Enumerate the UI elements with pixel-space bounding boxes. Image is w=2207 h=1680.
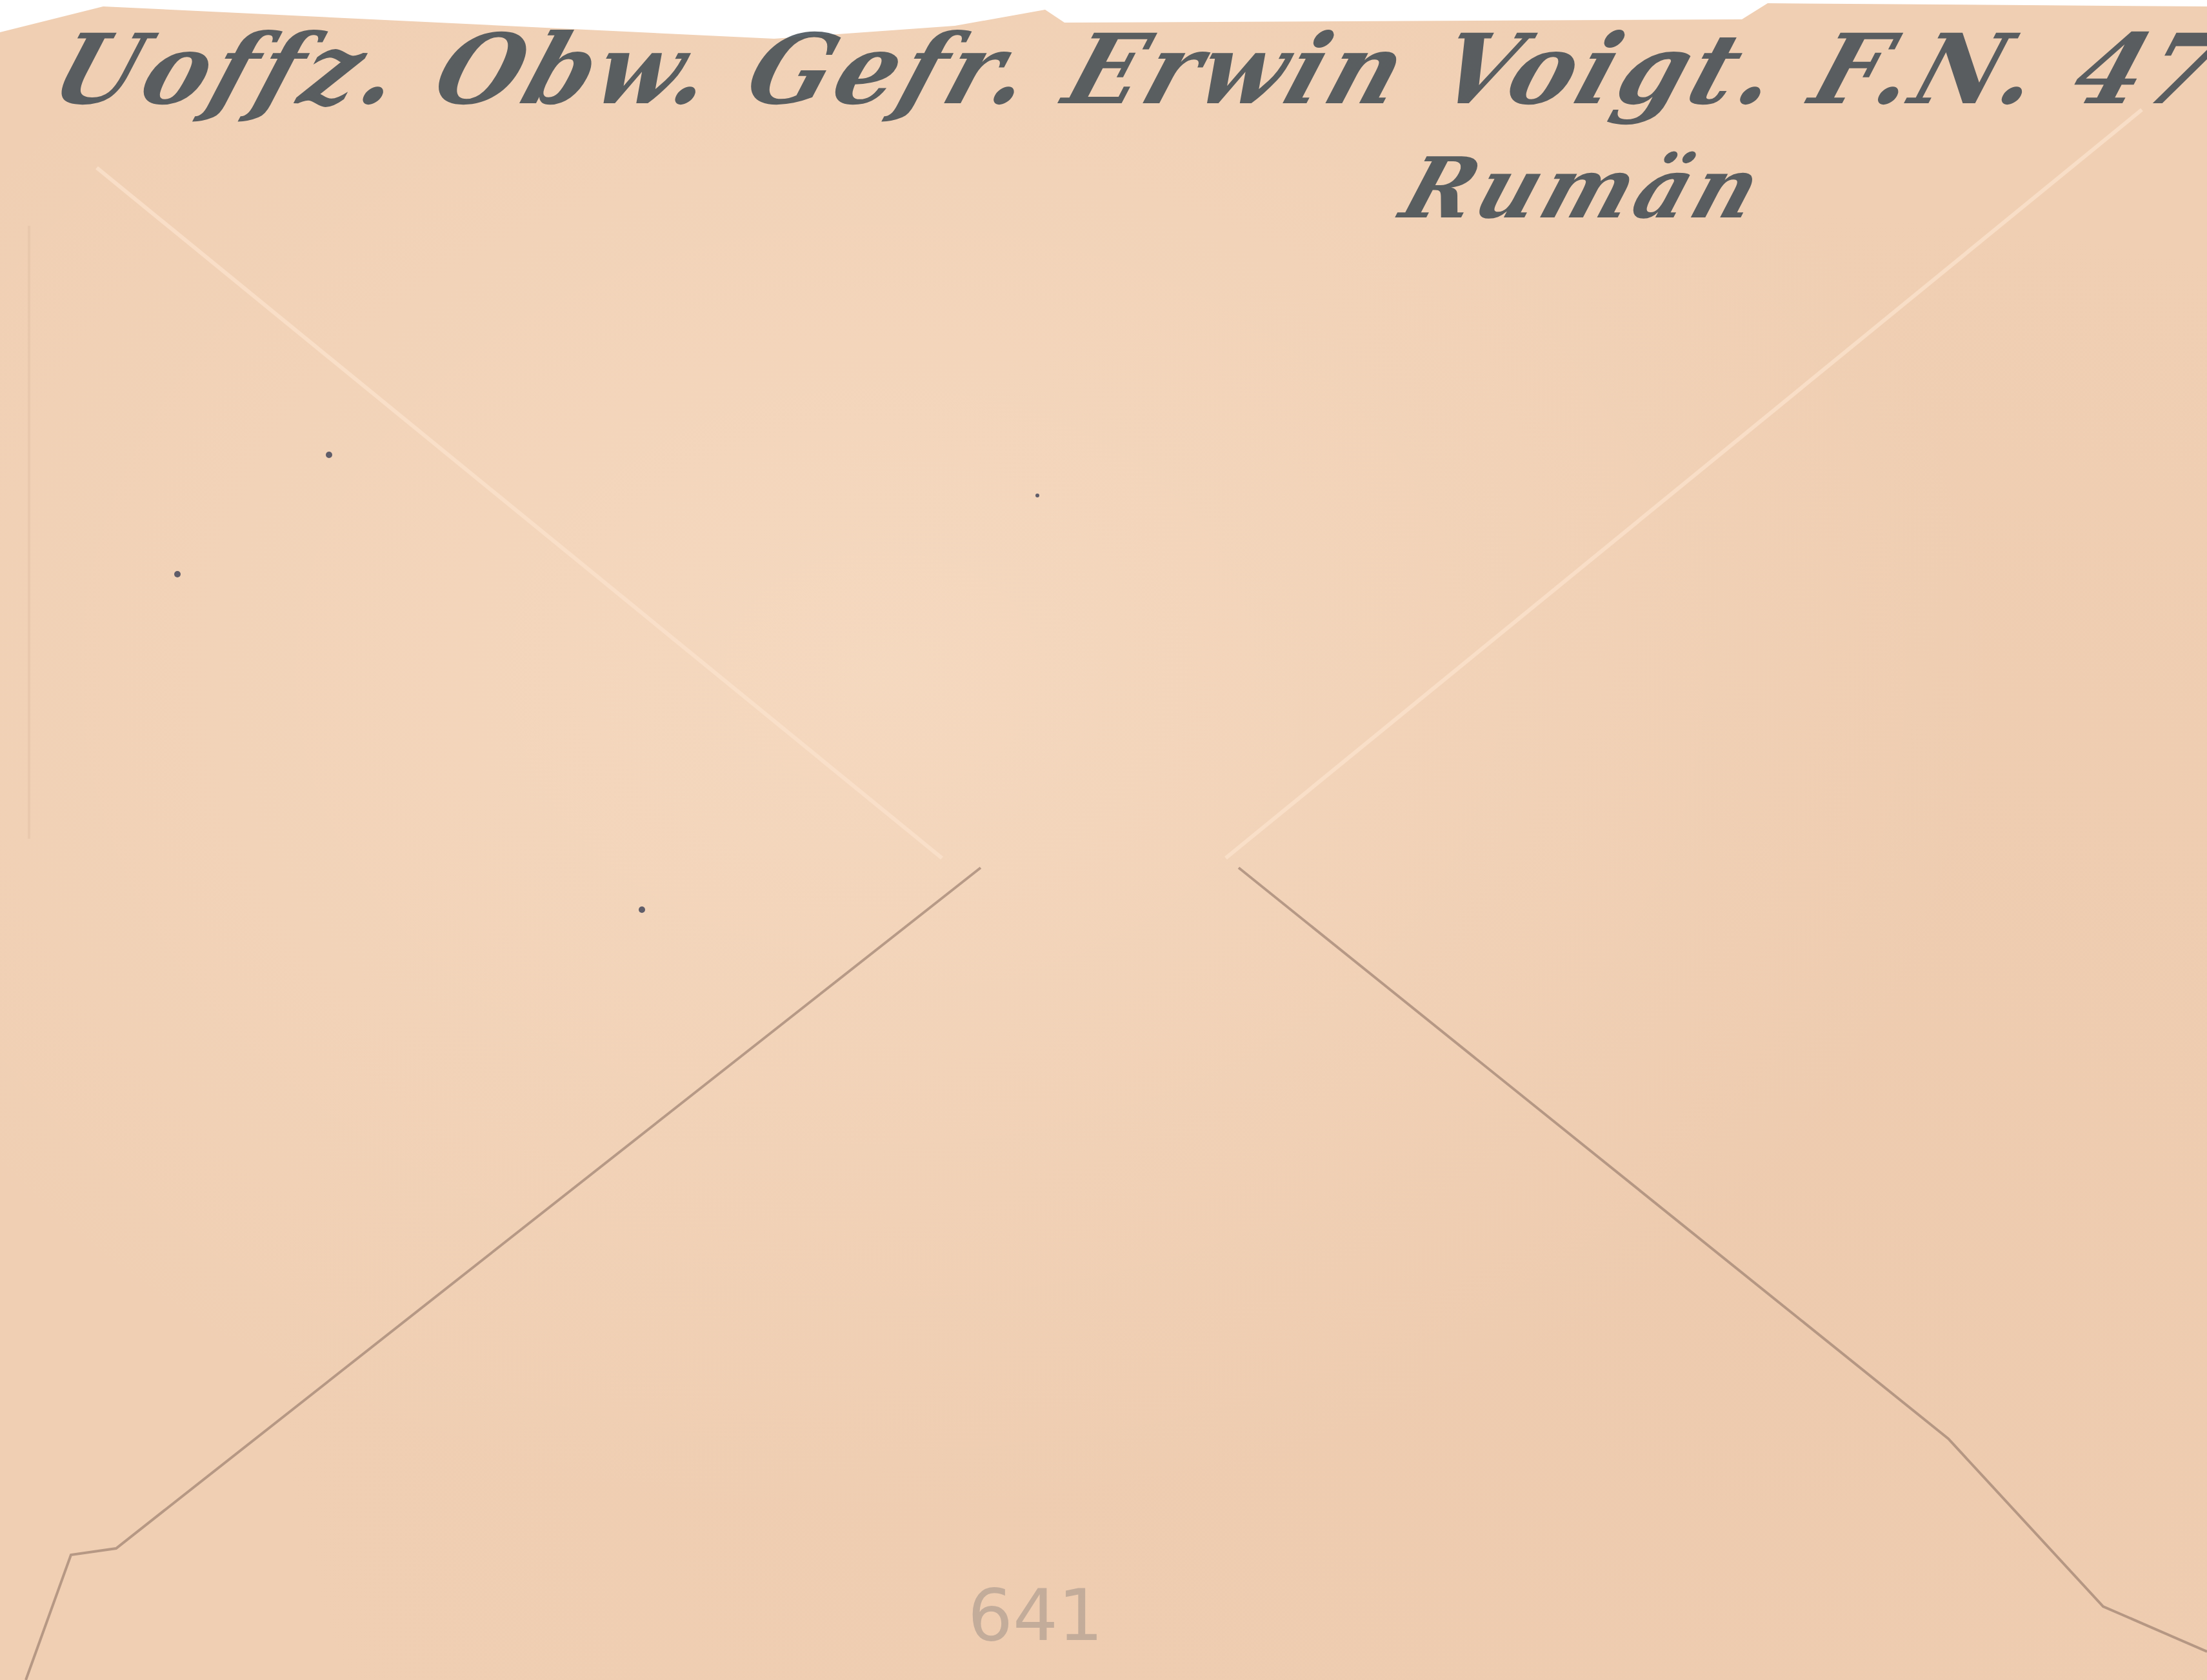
envelope-back: Uoffz. Obw. Gefr. Erwin Voigt. F.N. 4721… — [0, 0, 2207, 1680]
envelope-fold-lines — [0, 0, 2207, 1680]
ink-speck — [639, 906, 645, 913]
sender-location-handwriting: Rumän — [1390, 139, 1777, 237]
sender-address-handwriting: Uoffz. Obw. Gefr. Erwin Voigt. F.N. 4721… — [39, 13, 2207, 126]
ink-speck — [174, 571, 181, 577]
ink-speck — [1035, 494, 1039, 497]
ink-speck — [326, 452, 332, 458]
pencil-notation: 641 — [968, 1574, 1103, 1657]
